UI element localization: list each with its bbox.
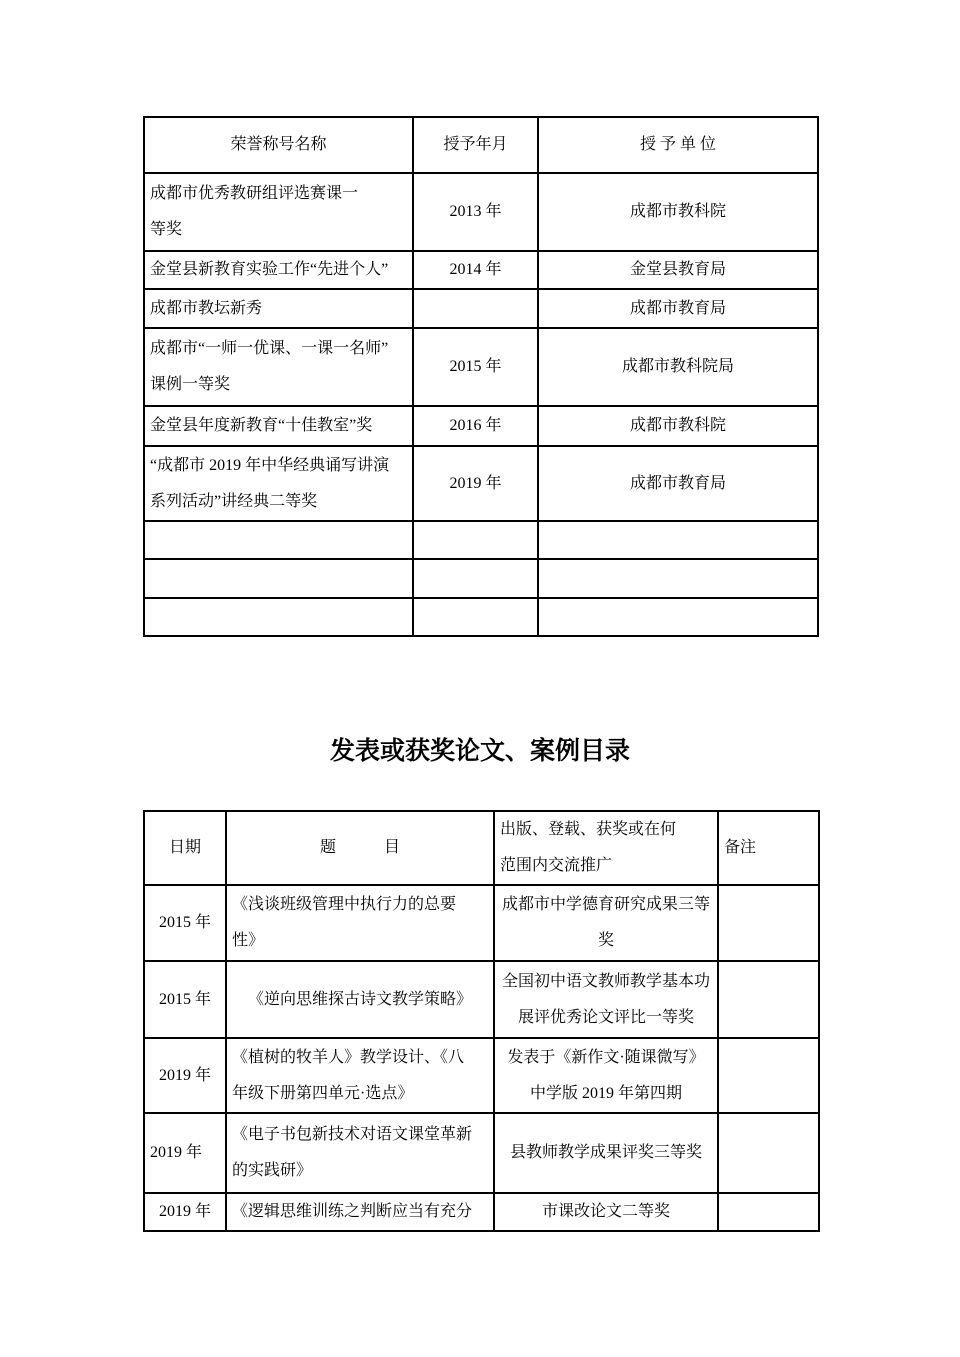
paper-title-cell: 《浅谈班级管理中执行力的总要 性》 <box>226 885 494 961</box>
honor-unit-cell: 成都市教育局 <box>538 446 818 521</box>
paper-date-cell: 2019 年 <box>144 1193 226 1231</box>
paper-title-cell: 《电子书包新技术对语文课堂革新 的实践研》 <box>226 1113 494 1193</box>
honor-name-cell: 金堂县新教育实验工作“先进个人” <box>144 251 413 289</box>
honor-name-cell <box>144 559 413 598</box>
honor-date-cell <box>413 521 538 559</box>
honor-date-cell: 2019 年 <box>413 446 538 521</box>
paper-remark-cell <box>718 1038 819 1113</box>
paper-publication-cell: 全国初中语文教师教学基本功 展评优秀论文评比一等奖 <box>494 961 718 1038</box>
document-page: 荣誉称号名称 授予年月 授 予 单 位 成都市优秀教研组评选赛课一 等奖 201… <box>0 0 960 1357</box>
honors-row-empty <box>144 598 818 636</box>
honor-unit-cell <box>538 598 818 636</box>
honors-row: 成都市优秀教研组评选赛课一 等奖 2013 年 成都市教科院 <box>144 173 818 251</box>
papers-row: 2019 年 《电子书包新技术对语文课堂革新 的实践研》 县教师教学成果评奖三等… <box>144 1113 819 1193</box>
papers-header-remark: 备注 <box>718 811 819 885</box>
papers-row: 2015 年 《逆向思维探古诗文教学策略》 全国初中语文教师教学基本功 展评优秀… <box>144 961 819 1038</box>
honors-row: 成都市教坛新秀 成都市教育局 <box>144 289 818 328</box>
honor-name-cell: 成都市教坛新秀 <box>144 289 413 328</box>
papers-table: 日期 题 目 出版、登载、获奖或在何 范围内交流推广 备注 2015 年 《浅谈… <box>143 810 820 1232</box>
paper-remark-cell <box>718 961 819 1038</box>
honor-unit-cell: 成都市教科院 <box>538 173 818 251</box>
honor-name-cell: “成都市 2019 年中华经典诵写讲演 系列活动”讲经典二等奖 <box>144 446 413 521</box>
honor-date-cell: 2015 年 <box>413 328 538 406</box>
honor-name-cell: 成都市“一师一优课、一课一名师” 课例一等奖 <box>144 328 413 406</box>
honor-unit-cell: 成都市教科院局 <box>538 328 818 406</box>
honor-date-cell <box>413 289 538 328</box>
papers-header-date: 日期 <box>144 811 226 885</box>
papers-header-row: 日期 题 目 出版、登载、获奖或在何 范围内交流推广 备注 <box>144 811 819 885</box>
honors-header-row: 荣誉称号名称 授予年月 授 予 单 位 <box>144 117 818 173</box>
paper-title-cell: 《逆向思维探古诗文教学策略》 <box>226 961 494 1038</box>
paper-date-cell: 2019 年 <box>144 1113 226 1193</box>
papers-row: 2015 年 《浅谈班级管理中执行力的总要 性》 成都市中学德育研究成果三等 奖 <box>144 885 819 961</box>
honor-unit-cell: 成都市教科院 <box>538 406 818 446</box>
honor-unit-cell: 金堂县教育局 <box>538 251 818 289</box>
paper-remark-cell <box>718 885 819 961</box>
paper-title-cell: 《植树的牧羊人》教学设计、《八 年级下册第四单元·选点》 <box>226 1038 494 1113</box>
honor-date-cell <box>413 598 538 636</box>
honor-name-cell: 成都市优秀教研组评选赛课一 等奖 <box>144 173 413 251</box>
paper-publication-cell: 市课改论文二等奖 <box>494 1193 718 1231</box>
honor-date-cell: 2016 年 <box>413 406 538 446</box>
honors-row: 金堂县新教育实验工作“先进个人” 2014 年 金堂县教育局 <box>144 251 818 289</box>
honor-name-cell <box>144 598 413 636</box>
paper-date-cell: 2015 年 <box>144 961 226 1038</box>
paper-publication-cell: 成都市中学德育研究成果三等 奖 <box>494 885 718 961</box>
papers-header-publication: 出版、登载、获奖或在何 范围内交流推广 <box>494 811 718 885</box>
paper-publication-cell: 县教师教学成果评奖三等奖 <box>494 1113 718 1193</box>
section-title: 发表或获奖论文、案例目录 <box>0 735 960 769</box>
honors-row-empty <box>144 559 818 598</box>
papers-row: 2019 年 《逻辑思维训练之判断应当有充分 市课改论文二等奖 <box>144 1193 819 1231</box>
honor-unit-cell: 成都市教育局 <box>538 289 818 328</box>
paper-remark-cell <box>718 1113 819 1193</box>
honor-name-cell: 金堂县年度新教育“十佳教室”奖 <box>144 406 413 446</box>
honor-date-cell: 2014 年 <box>413 251 538 289</box>
honor-date-cell <box>413 559 538 598</box>
honor-unit-cell <box>538 559 818 598</box>
paper-date-cell: 2019 年 <box>144 1038 226 1113</box>
honor-name-cell <box>144 521 413 559</box>
honors-row-empty <box>144 521 818 559</box>
honor-date-cell: 2013 年 <box>413 173 538 251</box>
honors-table: 荣誉称号名称 授予年月 授 予 单 位 成都市优秀教研组评选赛课一 等奖 201… <box>143 116 819 637</box>
honors-row: 成都市“一师一优课、一课一名师” 课例一等奖 2015 年 成都市教科院局 <box>144 328 818 406</box>
honors-row: “成都市 2019 年中华经典诵写讲演 系列活动”讲经典二等奖 2019 年 成… <box>144 446 818 521</box>
honors-row: 金堂县年度新教育“十佳教室”奖 2016 年 成都市教科院 <box>144 406 818 446</box>
paper-date-cell: 2015 年 <box>144 885 226 961</box>
honors-header-unit: 授 予 单 位 <box>538 117 818 173</box>
paper-publication-cell: 发表于《新作文·随课微写》 中学版 2019 年第四期 <box>494 1038 718 1113</box>
honors-header-date: 授予年月 <box>413 117 538 173</box>
paper-remark-cell <box>718 1193 819 1231</box>
papers-row: 2019 年 《植树的牧羊人》教学设计、《八 年级下册第四单元·选点》 发表于《… <box>144 1038 819 1113</box>
honor-unit-cell <box>538 521 818 559</box>
papers-header-title: 题 目 <box>226 811 494 885</box>
honors-header-name: 荣誉称号名称 <box>144 117 413 173</box>
paper-title-cell: 《逻辑思维训练之判断应当有充分 <box>226 1193 494 1231</box>
